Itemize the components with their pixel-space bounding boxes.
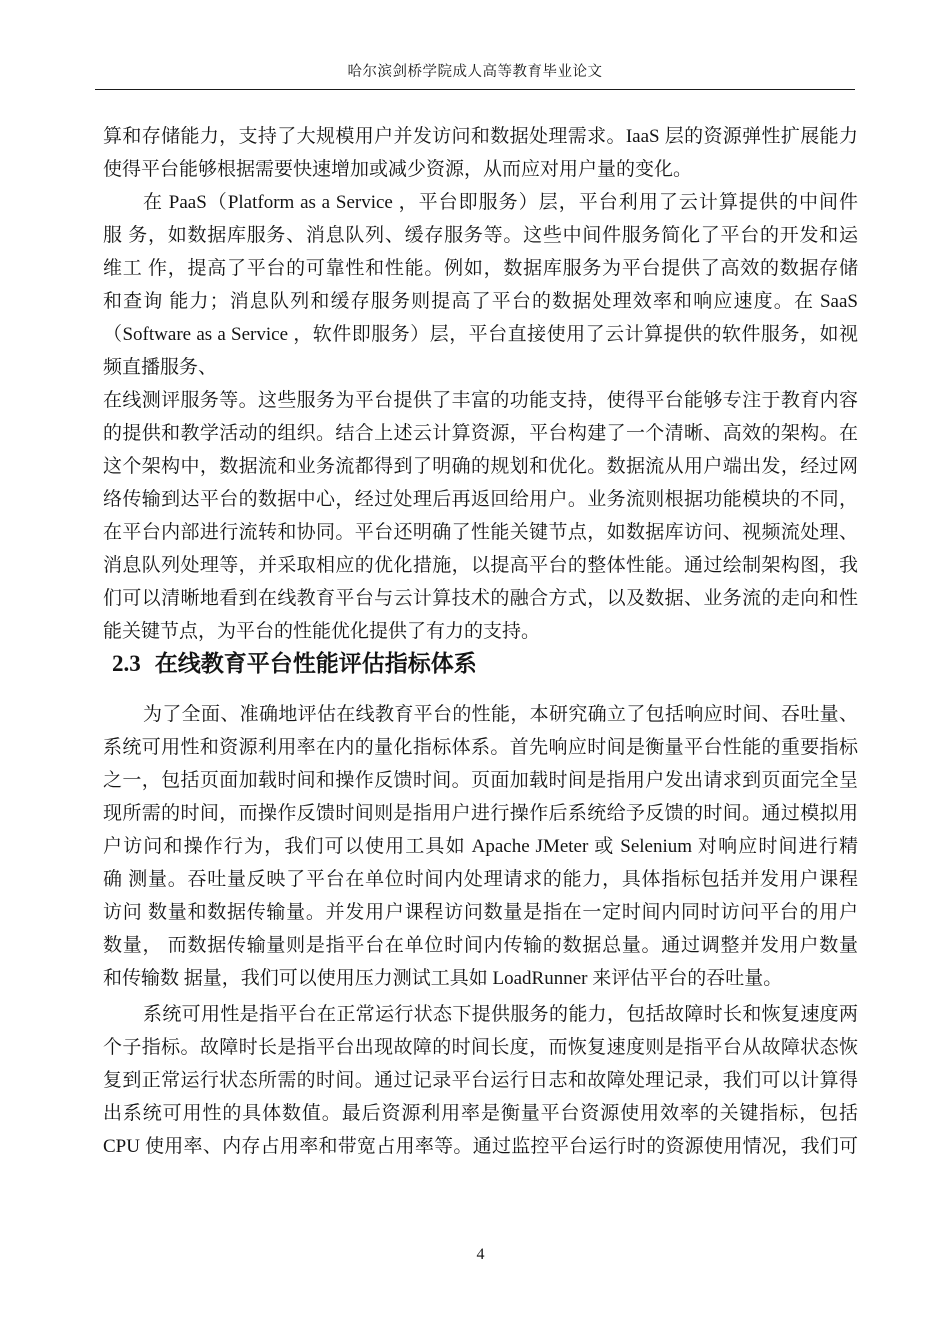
text-line: CPU 使用率、内存占用率和带宽占用率等。通过监控平台运行时的资源使用情况，我们… bbox=[103, 1130, 858, 1163]
text-line: 系统可用性和资源利用率在内的量化指标体系。首先响应时间是衡量平台性能的重要指标 bbox=[103, 731, 858, 764]
text-line: 维工 作，提高了平台的可靠性和性能。例如，数据库服务为平台提供了高效的数据存储 bbox=[103, 252, 858, 285]
text-line: 络传输到达平台的数据中心，经过处理后再返回给用户。业务流则根据功能模块的不同， bbox=[103, 483, 858, 516]
page-number: 4 bbox=[103, 1244, 858, 1266]
page-body: 算和存储能力，支持了大规模用户并发访问和数据处理需求。IaaS 层的资源弹性扩展… bbox=[103, 120, 858, 1163]
text-line: 频直播服务、 bbox=[103, 351, 858, 384]
text-line: 访问 数量和数据传输量。并发用户课程访问数量是指在一定时间内同时访问平台的用户 bbox=[103, 896, 858, 929]
section-heading-2-3: 2.3在线教育平台性能评估指标体系 bbox=[112, 648, 858, 678]
text-line: 个子指标。故障时长是指平台出现故障的时间长度，而恢复速度则是指平台从故障状态恢 bbox=[103, 1031, 858, 1064]
text-line: 服 务，如数据库服务、消息队列、缓存服务等。这些中间件服务简化了平台的开发和运 bbox=[103, 219, 858, 252]
header-rule bbox=[95, 89, 855, 90]
text-block-cloud-architecture: 算和存储能力，支持了大规模用户并发访问和数据处理需求。IaaS 层的资源弹性扩展… bbox=[103, 120, 858, 648]
text-line: 户访问和操作行为，我们可以使用工具如 Apache JMeter 或 Selen… bbox=[103, 830, 858, 863]
text-line: 确 测量。吞吐量反映了平台在单位时间内处理请求的能力，具体指标包括并发用户课程 bbox=[103, 863, 858, 896]
document-page: 哈尔滨剑桥学院成人高等教育毕业论文 算和存储能力，支持了大规模用户并发访问和数据… bbox=[0, 0, 950, 1344]
text-block-response-throughput: 为了全面、准确地评估在线教育平台的性能，本研究确立了包括响应时间、吞吐量、系统可… bbox=[103, 698, 858, 995]
text-line: 和传输数 据量，我们可以使用压力测试工具如 LoadRunner 来评估平台的吞… bbox=[103, 962, 858, 995]
text-line: 现所需的时间，而操作反馈时间则是指用户进行操作后系统给予反馈的时间。通过模拟用 bbox=[103, 797, 858, 830]
text-line: 为了全面、准确地评估在线教育平台的性能，本研究确立了包括响应时间、吞吐量、 bbox=[103, 698, 858, 731]
text-line: 出系统可用性的具体数值。最后资源利用率是衡量平台资源使用效率的关键指标，包括 bbox=[103, 1097, 858, 1130]
text-line: 的提供和教学活动的组织。结合上述云计算资源，平台构建了一个清晰、高效的架构。在 bbox=[103, 417, 858, 450]
section-title: 在线教育平台性能评估指标体系 bbox=[155, 650, 477, 676]
text-block-availability-resource: 系统可用性是指平台在正常运行状态下提供服务的能力，包括故障时长和恢复速度两个子指… bbox=[103, 998, 858, 1163]
text-line: 系统可用性是指平台在正常运行状态下提供服务的能力，包括故障时长和恢复速度两 bbox=[103, 998, 858, 1031]
running-header-title: 哈尔滨剑桥学院成人高等教育毕业论文 bbox=[0, 62, 950, 82]
text-line: （Software as a Service ，软件即服务）层，平台直接使用了云… bbox=[103, 318, 858, 351]
text-line: 复到正常运行状态所需的时间。通过记录平台运行日志和故障处理记录，我们可以计算得 bbox=[103, 1064, 858, 1097]
text-line: 使得平台能够根据需要快速增加或减少资源，从而应对用户量的变化。 bbox=[103, 153, 858, 186]
text-line: 在 PaaS（Platform as a Service ，平台即服务）层，平台… bbox=[103, 186, 858, 219]
text-line: 这个架构中，数据流和业务流都得到了明确的规划和优化。数据流从用户端出发，经过网 bbox=[103, 450, 858, 483]
text-line: 数量， 而数据传输量则是指平台在单位时间内传输的数据总量。通过调整并发用户数量 bbox=[103, 929, 858, 962]
text-line: 们可以清晰地看到在线教育平台与云计算技术的融合方式，以及数据、业务流的走向和性 bbox=[103, 582, 858, 615]
text-line: 和查询 能力；消息队列和缓存服务则提高了平台的数据处理效率和响应速度。在 Saa… bbox=[103, 285, 858, 318]
text-line: 在线测评服务等。这些服务为平台提供了丰富的功能支持，使得平台能够专注于教育内容 bbox=[103, 384, 858, 417]
text-line: 在平台内部进行流转和协同。平台还明确了性能关键节点，如数据库访问、视频流处理、 bbox=[103, 516, 858, 549]
text-line: 之一，包括页面加载时间和操作反馈时间。页面加载时间是指用户发出请求到页面完全呈 bbox=[103, 764, 858, 797]
text-line: 算和存储能力，支持了大规模用户并发访问和数据处理需求。IaaS 层的资源弹性扩展… bbox=[103, 120, 858, 153]
text-line: 消息队列处理等，并采取相应的优化措施，以提高平台的整体性能。通过绘制架构图，我 bbox=[103, 549, 858, 582]
section-number: 2.3 bbox=[112, 651, 141, 676]
text-line: 能关键节点，为平台的性能优化提供了有力的支持。 bbox=[103, 615, 858, 648]
